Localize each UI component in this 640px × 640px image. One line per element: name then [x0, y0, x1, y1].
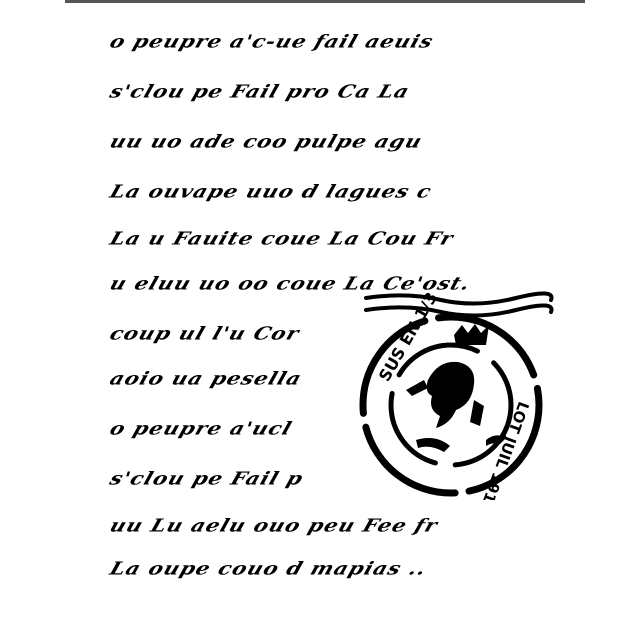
- top-edge-shadow: [65, 0, 585, 3]
- handwriting-line: uu uo ade coo pulpe agu: [106, 130, 426, 156]
- handwriting-stencil: o peupre a'c-ue fail aeuis s'clou pe Fai…: [110, 20, 550, 590]
- handwriting-line: o peupre a'c-ue fail aeuis: [106, 30, 437, 56]
- handwriting-line: coup ul l'u Cor: [106, 322, 303, 348]
- handwriting-line: La ouvape uuo d lagues c: [106, 180, 435, 206]
- handwriting-line: o peupre a'ucl: [106, 417, 295, 443]
- handwriting-line: aoio ua pesella: [106, 367, 305, 393]
- handwriting-line: La u Fauite coue La Cou Fr: [106, 227, 457, 253]
- handwriting-line: s'clou pe Fail pro Ca La: [106, 80, 413, 106]
- handwriting-line: s'clou pe Fail p: [106, 467, 307, 493]
- handwriting-line: La oupe couo d mapias ..: [106, 557, 430, 583]
- handwriting-line: uu Lu aelu ouo peu Fee fr: [106, 514, 441, 540]
- postmark-stamp: SUS EN 1/3 LOT JUIL 1916: [346, 290, 556, 500]
